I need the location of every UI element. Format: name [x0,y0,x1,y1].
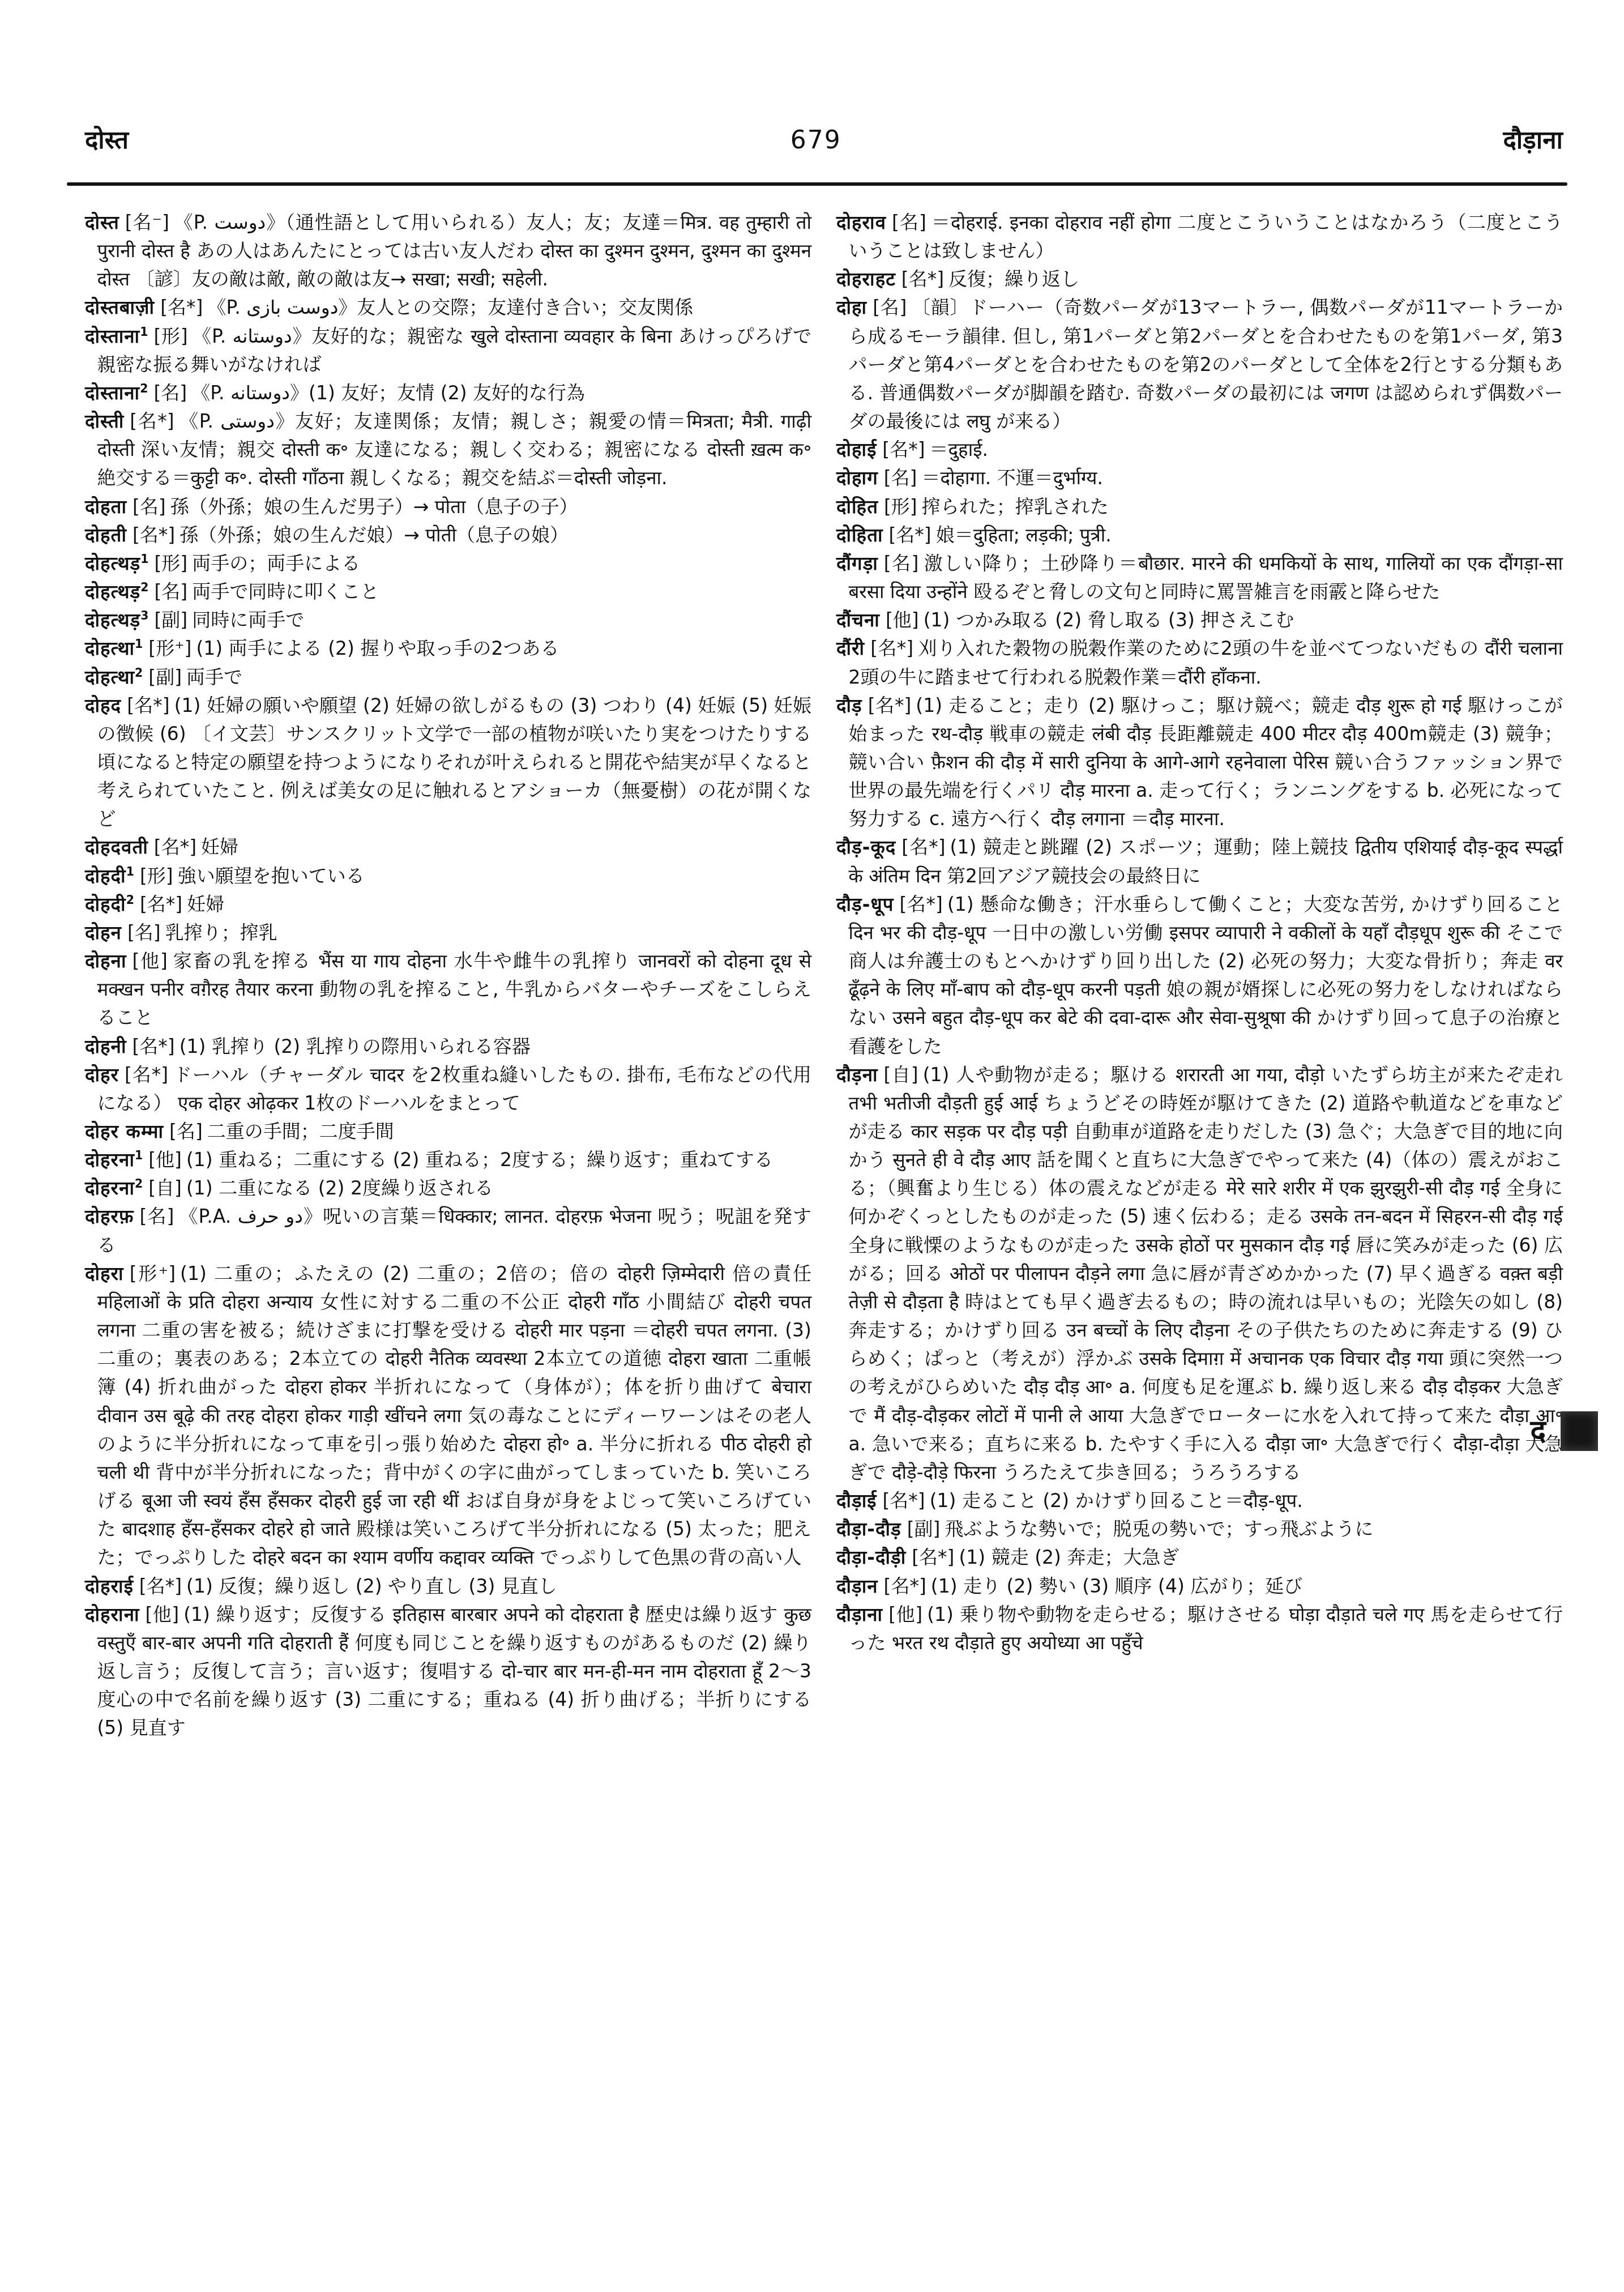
pos-tag: [名] [884,552,919,574]
pos-tag: [名*] [127,694,170,716]
dictionary-entry: दोस्त[名⁻]《P. دوست》（通性語として用いられる）友人；友；友達＝म… [85,208,811,293]
dictionary-entry: दौड़ा-दौड़[副]飛ぶような勢いで；脱兎の勢いで；すっ飛ぶように [836,1515,1563,1543]
headword: दोहदी [85,865,126,887]
page-number: 679 [790,126,841,155]
pos-tag: [名*] [882,1489,925,1512]
running-head: दोस्त 679 दौड़ाना [85,122,1563,156]
dictionary-entry: दोहत्थड़2[名]両手で同時に叩くこと [85,578,811,606]
headword: दोहिता [836,524,883,546]
headword: दोहरना [85,1149,135,1171]
dictionary-entry: दौंचना[他](1) つかみ取る (2) 脅し取る (3) 押さえこむ [836,606,1563,634]
dictionary-entry: दोहाई[名*]＝दुहाई. [836,436,1563,464]
pos-tag: [形] [140,865,173,887]
pos-tag: [名*] [160,296,203,318]
pos-tag: [名*] [870,637,913,659]
pos-tag: [名*] [868,694,912,716]
dictionary-entry: दोहन[名]乳搾り；搾乳 [85,919,811,947]
pos-tag: [名] [133,496,166,518]
dictionary-entry: दोहरा[形⁺](1) 二重の；ふたえの (2) 二重の；2倍の；倍の दोह… [85,1260,811,1572]
page-body: दोस्त[名⁻]《P. دوست》（通性語として用いられる）友人；友；友達＝म… [85,208,1563,2241]
entry-body: 《P. دوستانه》(1) 友好；友情 (2) 友好的な行為 [191,382,585,404]
dictionary-page: दोस्त 679 दौड़ाना दोस्त[名⁻]《P. دوست》（通性語… [0,0,1624,2292]
pos-tag: [名*] [899,893,942,915]
headword: दौंगड़ा [836,552,878,574]
headword: दोस्तबाज़ी [85,296,155,318]
dictionary-entry: दोहाग[名]＝दोहागा. 不運＝दुर्भाग्य. [836,464,1563,492]
headword: दोहर [85,1064,119,1086]
entry-body: 搾られた；搾乳された [922,496,1109,518]
entry-body: (1) 重ねる；二重にする (2) 重ねる；2度する；繰り返す；重ねてする [186,1149,773,1171]
headword: दोहर कम्मा [85,1120,164,1142]
dictionary-entry: दोहद[名*](1) 妊婦の願いや願望 (2) 妊婦の欲しがるもの (3) つ… [85,692,811,834]
dictionary-entry: दोहत्थड़3[副]同時に両手で [85,606,811,634]
pos-tag: [名] [892,211,926,233]
dictionary-entry: दोहनी[名*](1) 乳搾り (2) 乳搾りの際用いられる容器 [85,1032,811,1061]
pos-tag: [他] [132,950,167,972]
headword: दोहराव [836,211,886,233]
headword: दौड़ा-दौड़ी [836,1546,906,1568]
dictionary-entry: दोहदवती[名*]妊婦 [85,833,811,861]
headword: दोहत्थड़ [85,552,140,574]
entry-body: (1) 乳搾り (2) 乳搾りの際用いられる容器 [180,1035,531,1057]
pos-tag: [形⁺] [130,1262,176,1284]
dictionary-entry: दोहरना1[他](1) 重ねる；二重にする (2) 重ねる；2度する；繰り返… [85,1146,811,1174]
entry-body: 《P. دوست بازی》友人との交際；友達付き合い；交友関係 [207,296,693,318]
headword: दोहदी [85,893,126,915]
headword: दोहरना [85,1177,135,1199]
entry-body: (1) 走ること (2) かけずり回ること＝दौड़-धूप. [930,1489,1303,1512]
headword-superscript: 2 [135,1177,143,1190]
entry-body: 両手で [186,666,242,688]
headword: दोहत्थड़ [85,581,140,603]
headword: दोहत्था [85,637,135,659]
pos-tag: [名] [873,296,907,318]
entry-body: 《P. دوست》（通性語として用いられる）友人；友；友達＝मित्र. वह … [97,211,811,290]
entry-body: 妊婦 [201,836,238,858]
pos-tag: [名] [140,1205,174,1227]
headword: दोहद [85,694,121,716]
dictionary-entry: दोहना[他]家畜の乳を搾る भैंस या गाय दोहना 水牛や雌牛の… [85,947,811,1032]
section-tab: द [1530,1411,1598,1451]
headword: दोहदवती [85,836,148,858]
pos-tag: [名*] [901,268,944,290]
entry-body: (1) 競走 (2) 奔走；大急ぎ [959,1546,1179,1568]
dictionary-entry: दौड़ाना[他](1) 乗り物や動物を走らせる；駆けさせる घोड़ा दौ… [836,1600,1563,1657]
headword: दौड़ [836,694,862,716]
pos-tag: [名*] [884,1575,926,1597]
entry-body: (1) 妊婦の願いや願望 (2) 妊婦の欲しがるもの (3) つわり (4) 妊… [97,694,811,830]
guide-word-right: दौड़ाना [1503,122,1563,156]
pos-tag: [名*] [125,1064,168,1086]
dictionary-entry: दौंगड़ा[名]激しい降り；土砂降り＝बौछार. मारने की धमक… [836,549,1563,606]
entry-body: 孫（外孫；娘の生んだ男子）→ पोता（息子の子） [170,496,578,518]
dictionary-entry: दोस्ताना1[形]《P. دوستانه》友好的な；親密な खुले दो… [85,322,811,379]
headword-superscript: 2 [140,382,148,395]
headword: दौंरी [836,637,865,659]
dictionary-entry: दौंरी[名*]刈り入れた穀物の脱穀作業のために2頭の牛を並べてつないだもの … [836,634,1563,691]
section-letter: द [1530,1416,1546,1446]
entry-body: 孫（外孫；娘の生んだ娘）→ पोती（息子の娘） [180,524,569,546]
dictionary-entry: दोस्तबाज़ी[名*]《P. دوست بازی》友人との交際；友達付き合… [85,293,811,322]
headword: दौड़ा-दौड़ [836,1518,901,1540]
pos-tag: [名*] [154,836,196,858]
pos-tag: [他] [146,1603,180,1625]
entry-body: 妊婦 [187,893,224,915]
dictionary-entry: दोहत्थड़1[形]両手の；両手による [85,549,811,578]
pos-tag: [名*] [901,836,945,858]
pos-tag: [他] [888,1603,922,1625]
headword: दोहरफ़ [85,1205,134,1227]
headword-superscript: 1 [135,1149,143,1162]
headword: दोस्ताना [85,382,140,404]
pos-tag: [名*] [889,524,931,546]
entry-body: 家畜の乳を搾る भैंस या गाय दोहना 水牛や雌牛の乳搾り जानव… [97,950,811,1028]
pos-tag: [名*] [132,1035,174,1057]
dictionary-entry: दौड़ान[名*](1) 走り (2) 勢い (3) 順序 (4) 広がり；延… [836,1572,1563,1600]
entry-body: 同時に両手で [192,609,304,631]
entry-body: 激しい降り；土砂降り＝बौछार. मारने की धमकियों के सा… [848,552,1563,603]
entry-body: (1) 走ること；走り (2) 駆けっこ；駆け競べ；競走 दौड़ शुरू ह… [848,694,1563,830]
dictionary-entry: दोस्ताना2[名]《P. دوستانه》(1) 友好；友情 (2) 友好… [85,379,811,407]
pos-tag: [自] [148,1177,182,1199]
dictionary-entry: दोहराव[名]＝दोहराई. इनका दोहराव नहीं होगा … [836,208,1563,265]
headword-superscript: 2 [140,581,148,594]
dictionary-entry: दौड़ना[自](1) 人や動物が走る；駆ける शरारती आ गया, द… [836,1061,1563,1487]
headword-superscript: 1 [126,865,134,878]
entry-body: (1) 乗り物や動物を走らせる；駆けさせる घोड़ा दौड़ाते चले … [848,1603,1563,1654]
pos-tag: [名] [154,581,187,603]
entry-body: 《P.A. دو حرف》呪いの言葉＝धिक्कार; लानत. दोहरफ़… [97,1205,811,1256]
entry-body: (1) 懸命な働き；汗水垂らして働くこと；大変な苦労, かけずり回ること दिन… [848,893,1563,1057]
pos-tag: [他] [886,609,919,631]
pos-tag: [副] [154,609,187,631]
headword: दोहत्था [85,666,135,688]
entry-body: 刈り入れた穀物の脱穀作業のために2頭の牛を並べてつないだもの दौंरी चला… [848,637,1563,688]
pos-tag: [他] [148,1149,182,1171]
pos-tag: [形] [154,552,187,574]
pos-tag: [名*] [139,1575,182,1597]
pos-tag: [名*] [130,410,174,432]
entry-body: (1) 反復；繰り返し (2) やり直し (3) 見直し [186,1575,557,1597]
headword: दौड़ाना [836,1603,883,1625]
headword: दौंचना [836,609,880,631]
headword-superscript: 2 [135,666,143,680]
dictionary-entry: दोहर कम्मा[名]二重の手間；二度手間 [85,1117,811,1146]
dictionary-entry: दोहा[名]〔韻〕ドーハー（奇数パーダが13マートラー, 偶数パーダが11マー… [836,293,1563,436]
headword-superscript: 1 [140,552,148,566]
headword: दोस्ताना [85,325,140,347]
entry-body: (1) 二重の；ふたえの (2) 二重の；2倍の；倍の दोहरी ज़िम्म… [97,1262,811,1569]
headword: दोहती [85,524,127,546]
headword: दौड़ाई [836,1489,877,1512]
dictionary-entry: दोहिता[名*]娘＝दुहिता; लड़की; पुत्री. [836,521,1563,549]
dictionary-entry: दोहराई[名*](1) 反復；繰り返し (2) やり直し (3) 見直し [85,1572,811,1600]
headword-superscript: 2 [126,893,134,907]
headword: दोहराना [85,1603,140,1625]
headword: दोहाग [836,467,878,489]
entry-body: 二重の手間；二度手間 [207,1120,394,1142]
headword: दौड़ना [836,1064,878,1086]
entry-body: (1) 両手による (2) 握りや取っ手の2つある [196,637,559,659]
entry-body: 反復；繰り返し [948,268,1079,290]
headword: दोहता [85,496,127,518]
dictionary-entry: दोहत्था1[形⁺](1) 両手による (2) 握りや取っ手の2つある [85,634,811,663]
pos-tag: [名*] [140,893,182,915]
entry-body: (1) 競走と跳躍 (2) スポーツ；運動；陸上競技 द्वितीय एशिया… [848,836,1563,886]
entry-body: 両手で同時に叩くこと [192,581,379,603]
dictionary-entry: दोहदी2[名*]妊婦 [85,890,811,919]
entry-body: ドーハル（チャーダル चादर を2枚重ね縫いしたもの. 掛布, 毛布などの代用… [97,1064,811,1114]
dictionary-entry: दोहता[名]孫（外孫；娘の生んだ男子）→ पोता（息子の子） [85,493,811,521]
headword: दोहा [836,296,867,318]
guide-word-left: दोस्त [85,122,129,156]
pos-tag: [名*] [133,524,175,546]
dictionary-entry: दोहदी1[形]強い願望を抱いている [85,862,811,890]
pos-tag: [名*] [912,1546,954,1568]
entry-body: ＝दोहागा. 不運＝दुर्भाग्य. [921,467,1102,489]
pos-tag: [名] [169,1120,203,1142]
headword: दौड़-धूप [836,893,894,915]
entry-body: (1) 人や動物が走る；駆ける शरारती आ गया, दौड़ो いたずら… [848,1064,1563,1483]
entry-body: 〔韻〕ドーハー（奇数パーダが13マートラー, 偶数パーダが11マートラーから成る… [848,296,1563,432]
dictionary-entry: दोहराना[他](1) 繰り返す；反復する इतिहास बारबार अप… [85,1600,811,1743]
entry-body: (1) 二重になる (2) 2度繰り返される [186,1177,493,1199]
header-rule [67,182,1567,186]
headword: दोहना [85,950,126,972]
dictionary-entry: दोस्ती[名*]《P. دوستی》友好；友達関係；友情；親しさ；親愛の情＝… [85,407,811,492]
entry-body: 強い願望を抱いている [178,865,365,887]
dictionary-entry: दोहती[名*]孫（外孫；娘の生んだ娘）→ पोती（息子の娘） [85,521,811,549]
left-column: दोस्त[名⁻]《P. دوست》（通性語として用いられる）友人；友；友達＝म… [85,208,811,2241]
dictionary-entry: दौड़ा-दौड़ी[名*](1) 競走 (2) 奔走；大急ぎ [836,1543,1563,1572]
pos-tag: [副] [148,666,182,688]
headword: दोहाई [836,438,877,460]
pos-tag: [名] [884,467,917,489]
headword: दोस्त [85,211,119,233]
entry-body: 飛ぶような勢いで；脱兎の勢いで；すっ飛ぶように [945,1518,1373,1540]
entry-body: (1) つかみ取る (2) 脅し取る (3) 押さえこむ [924,609,1294,631]
headword: दोहनी [85,1035,126,1057]
dictionary-entry: दौड़-कूद[名*](1) 競走と跳躍 (2) スポーツ；運動；陸上競技 द… [836,833,1563,890]
headword-superscript: 3 [140,609,148,622]
entry-body: 乳搾り；搾乳 [165,921,277,944]
entry-body: ＝दुहाई. [930,438,988,460]
pos-tag: [形] [153,325,187,347]
entry-body: 両手の；両手による [192,552,360,574]
dictionary-entry: दोहरफ़[名]《P.A. دو حرف》呪いの言葉＝धिक्कार; लान… [85,1202,811,1259]
pos-tag: [名] [127,921,161,944]
entry-body: 娘＝दुहिता; लड़की; पुत्री. [936,524,1112,546]
entry-body: 《P. دوستانه》友好的な；親密な खुले दोस्ताना व्यवह… [97,325,811,375]
entry-body: (1) 繰り返す；反復する इतिहास बारबार अपने को दोहर… [97,1603,811,1739]
pos-tag: [形⁺] [148,637,191,659]
dictionary-entry: दोहत्था2[副]両手で [85,663,811,692]
right-column: दोहराव[名]＝दोहराई. इनका दोहराव नहीं होगा … [836,208,1563,2241]
dictionary-entry: दोहरना2[自](1) 二重になる (2) 2度繰り返される [85,1174,811,1202]
headword: दोहन [85,921,122,944]
headword-superscript: 1 [135,637,143,651]
entry-body: ＝दोहराई. इनका दोहराव नहीं होगा 二度とこういうこと… [848,211,1563,262]
dictionary-entry: दोहराहट[名*]反復；繰り返し [836,265,1563,293]
thumb-index-block-icon [1561,1411,1598,1451]
dictionary-entry: दोहित[形]搾られた；搾乳された [836,493,1563,521]
entry-body: (1) 走り (2) 勢い (3) 順序 (4) 広がり；延び [931,1575,1302,1597]
pos-tag: [副] [907,1518,941,1540]
headword: दोहरा [85,1262,124,1284]
dictionary-entry: दौड़ाई[名*](1) 走ること (2) かけずり回ること＝दौड़-धूप… [836,1487,1563,1515]
dictionary-entry: दोहर[名*]ドーハル（チャーダル चादर を2枚重ね縫いしたもの. 掛布,… [85,1061,811,1117]
headword: दोहित [836,496,878,518]
headword-superscript: 1 [140,325,148,339]
headword: दौड़ान [836,1575,878,1597]
headword: दौड़-कूद [836,836,896,858]
headword: दोहराहट [836,268,896,290]
headword: दोहत्थड़ [85,609,140,631]
pos-tag: [形] [884,496,917,518]
headword: दोस्ती [85,410,124,432]
entry-body: 《P. دوستی》友好；友達関係；友情；親しさ；親愛の情＝मित्रता; म… [97,410,811,489]
dictionary-entry: दौड़[名*](1) 走ること；走り (2) 駆けっこ；駆け競べ；競走 दौड… [836,692,1563,834]
pos-tag: [名⁻] [125,211,169,233]
pos-tag: [自] [884,1064,918,1086]
headword: दोहराई [85,1575,134,1597]
dictionary-entry: दौड़-धूप[名*](1) 懸命な働き；汗水垂らして働くこと；大変な苦労, … [836,890,1563,1061]
pos-tag: [名*] [882,438,925,460]
pos-tag: [名] [153,382,187,404]
